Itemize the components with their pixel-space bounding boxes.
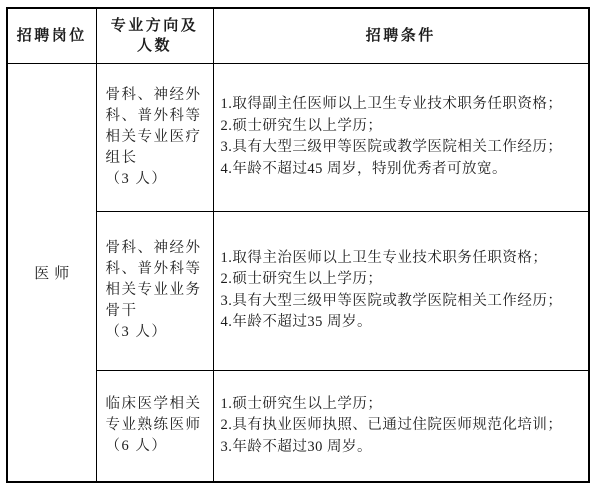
conditions-cell: 1.硕士研究生以上学历； 2.具有执业医师执照、已通过住院医师规范化培训； 3.… <box>213 370 589 482</box>
document-page: { "table": { "headers": { "position": "招… <box>0 0 594 488</box>
table-row-medical-team-leader: 医师 骨科、神经外 科、普外科等 相关专业医疗 组长 （3 人） 1.取得副主任… <box>7 63 589 211</box>
direction-cell: 临床医学相关 专业熟练医师 （6 人） <box>96 370 213 482</box>
position-cell: 医师 <box>7 63 96 482</box>
header-row: 招聘岗位 专业方向及 人数 招聘条件 <box>7 8 589 63</box>
conditions-cell: 1.取得副主任医师以上卫生专业技术职务任职资格； 2.硕士研究生以上学历； 3.… <box>213 63 589 211</box>
header-direction: 专业方向及 人数 <box>96 8 213 63</box>
direction-cell: 骨科、神经外 科、普外科等 相关专业医疗 组长 （3 人） <box>96 63 213 211</box>
conditions-cell: 1.取得主治医师以上卫生专业技术职务任职资格； 2.硕士研究生以上学历； 3.具… <box>213 211 589 370</box>
recruitment-table: 招聘岗位 专业方向及 人数 招聘条件 医师 骨科、神经外 科、普外科等 相关专业… <box>6 7 590 483</box>
direction-cell: 骨科、神经外 科、普外科等 相关专业业务 骨干 （3 人） <box>96 211 213 370</box>
header-conditions: 招聘条件 <box>213 8 589 63</box>
header-position: 招聘岗位 <box>7 8 96 63</box>
